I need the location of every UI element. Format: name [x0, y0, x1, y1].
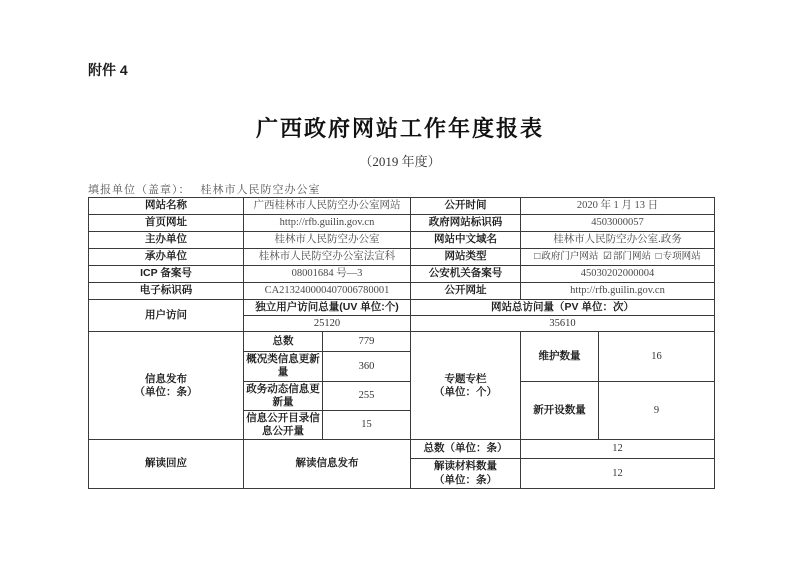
interpretation-total-label: 总数（单位：条）: [411, 440, 521, 459]
uv-value: 25120: [244, 316, 411, 332]
site-type-options: □政府门户网站 ☑部门网站 □专项网站: [521, 249, 715, 266]
info-publish-section-label: 信息发布 （单位：条）: [89, 332, 244, 440]
filing-unit-value: 桂林市人民防空办公室: [201, 184, 321, 196]
site-type-option-portal: □政府门户网站: [534, 251, 598, 262]
publish-time-label: 公开时间: [411, 198, 521, 215]
publish-time-value: 2020 年 1 月 13 日: [521, 198, 715, 215]
public-url-value: http://rfb.guilin.gov.cn: [521, 283, 715, 300]
interpretation-section-label: 解读回应: [89, 440, 244, 489]
table-row: 解读回应 解读信息发布 总数（单位：条） 12: [89, 440, 715, 459]
interpretation-material-label: 解读材料数量 （单位：条）: [411, 459, 521, 489]
site-code-label: 政府网站标识码: [411, 215, 521, 232]
filing-unit-line: 填报单位（盖章）：桂林市人民防空办公室: [88, 181, 321, 197]
info-publish-row-value: 15: [323, 410, 411, 439]
checkbox-unchecked-icon: □: [656, 251, 662, 262]
checkbox-checked-icon: ☑: [603, 251, 612, 262]
site-type-option-label: 政府门户网站: [541, 251, 598, 262]
info-publish-row-value: 360: [323, 352, 411, 381]
cn-domain-value: 桂林市人民防空办公室.政务: [521, 232, 715, 249]
site-code-value: 4503000057: [521, 215, 715, 232]
table-row: 首页网址 http://rfb.guilin.gov.cn 政府网站标识码 45…: [89, 215, 715, 232]
icp-value: 08001684 号—3: [244, 266, 411, 283]
site-type-option-label: 部门网站: [613, 251, 651, 262]
info-publish-row-label: 概况类信息更新量: [244, 352, 323, 381]
table-row: 信息发布 （单位：条） 总数 779 专题专栏 （单位：个） 维护数量 16: [89, 332, 715, 352]
special-columns-section-label: 专题专栏 （单位：个）: [411, 332, 521, 440]
info-publish-row-label: 政务动态信息更新量: [244, 381, 323, 410]
undertaker-value: 桂林市人民防空办公室法宣科: [244, 249, 411, 266]
info-publish-row-label: 总数: [244, 332, 323, 352]
interpretation-material-value: 12: [521, 459, 715, 489]
eid-label: 电子标识码: [89, 283, 244, 300]
site-name-label: 网站名称: [89, 198, 244, 215]
homepage-value: http://rfb.guilin.gov.cn: [244, 215, 411, 232]
site-type-option-label: 专项网站: [663, 251, 701, 262]
page-subtitle: （2019 年度）: [0, 151, 800, 170]
new-columns-label: 新开设数量: [521, 381, 599, 440]
pv-header: 网站总访问量（PV 单位：次）: [411, 300, 715, 316]
document-page: 附件 4 广西政府网站工作年度报表 （2019 年度） 填报单位（盖章）：桂林市…: [0, 0, 800, 565]
interpretation-publish-label: 解读信息发布: [244, 440, 411, 489]
homepage-label: 首页网址: [89, 215, 244, 232]
site-type-option-special: □专项网站: [656, 251, 701, 262]
table-row: 承办单位 桂林市人民防空办公室法宣科 网站类型 □政府门户网站 ☑部门网站 □专…: [89, 249, 715, 266]
maintained-label: 维护数量: [521, 332, 599, 381]
checkbox-unchecked-icon: □: [534, 251, 540, 262]
info-publish-row-value: 779: [323, 332, 411, 352]
site-type-label: 网站类型: [411, 249, 521, 266]
police-record-label: 公安机关备案号: [411, 266, 521, 283]
undertaker-label: 承办单位: [89, 249, 244, 266]
icp-label: ICP 备案号: [89, 266, 244, 283]
public-url-label: 公开网址: [411, 283, 521, 300]
annual-report-table: 网站名称 广西桂林市人民防空办公室网站 公开时间 2020 年 1 月 13 日…: [88, 197, 715, 489]
new-columns-value: 9: [599, 381, 715, 440]
table-row: ICP 备案号 08001684 号—3 公安机关备案号 45030202000…: [89, 266, 715, 283]
special-columns-unit: （单位：个）: [413, 386, 518, 399]
site-type-option-department: ☑部门网站: [603, 251, 651, 262]
police-record-value: 45030202000004: [521, 266, 715, 283]
special-columns-title: 专题专栏: [413, 373, 518, 386]
interpretation-material-label-line2: （单位：条）: [413, 474, 518, 487]
info-publish-unit: （单位：条）: [91, 386, 241, 399]
info-publish-title: 信息发布: [91, 373, 241, 386]
filing-unit-label: 填报单位（盖章）：: [88, 184, 191, 196]
organizer-value: 桂林市人民防空办公室: [244, 232, 411, 249]
site-name-value: 广西桂林市人民防空办公室网站: [244, 198, 411, 215]
organizer-label: 主办单位: [89, 232, 244, 249]
cn-domain-label: 网站中文域名: [411, 232, 521, 249]
info-publish-row-label: 信息公开目录信息公开量: [244, 410, 323, 439]
pv-value: 35610: [411, 316, 715, 332]
info-publish-row-value: 255: [323, 381, 411, 410]
visits-section-label: 用户访问: [89, 300, 244, 332]
table-row: 用户访问 独立用户访问总量(UV 单位:个) 网站总访问量（PV 单位：次）: [89, 300, 715, 316]
interpretation-total-value: 12: [521, 440, 715, 459]
maintained-value: 16: [599, 332, 715, 381]
page-title: 广西政府网站工作年度报表: [0, 112, 800, 143]
table-row: 主办单位 桂林市人民防空办公室 网站中文域名 桂林市人民防空办公室.政务: [89, 232, 715, 249]
uv-header: 独立用户访问总量(UV 单位:个): [244, 300, 411, 316]
table-row: 网站名称 广西桂林市人民防空办公室网站 公开时间 2020 年 1 月 13 日: [89, 198, 715, 215]
eid-value: CA213240000407006780001: [244, 283, 411, 300]
attachment-label: 附件 4: [88, 60, 128, 80]
table-row: 电子标识码 CA213240000407006780001 公开网址 http:…: [89, 283, 715, 300]
interpretation-material-label-line1: 解读材料数量: [413, 460, 518, 473]
